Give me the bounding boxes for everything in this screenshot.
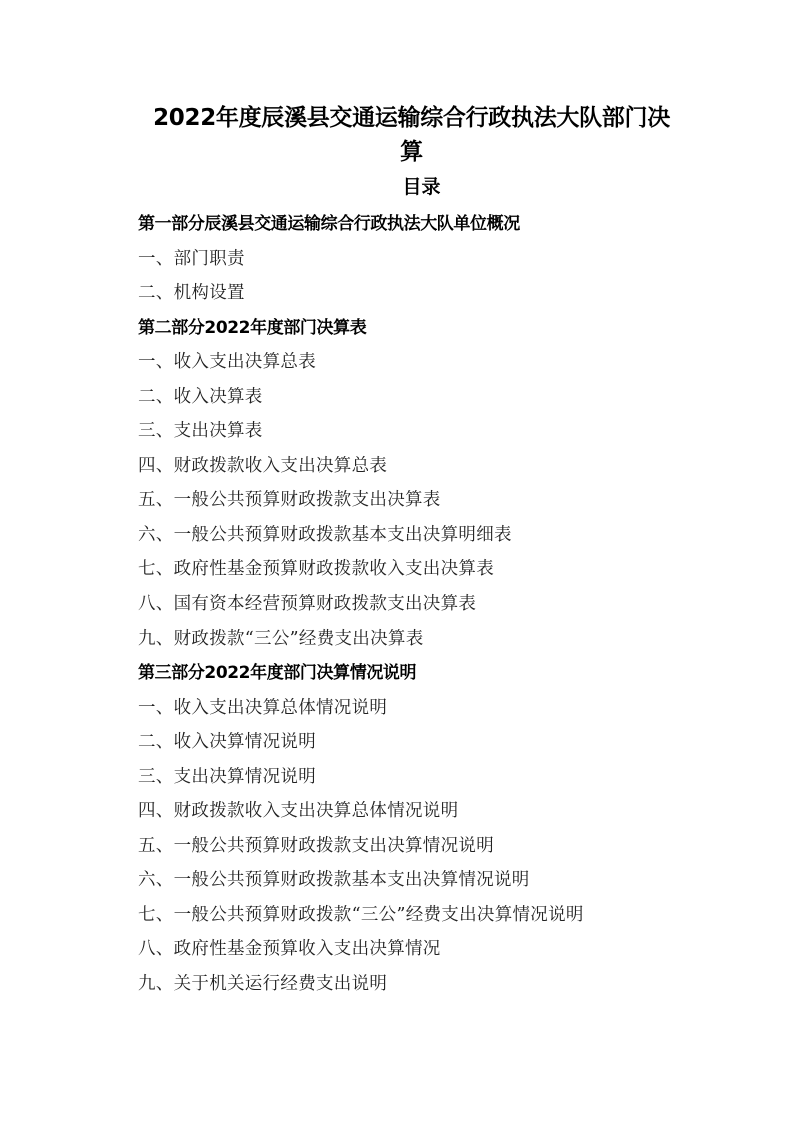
toc-part-1-heading[interactable]: 第一部分辰溪县交通运输综合行政执法大队单位概况 — [138, 207, 584, 242]
toc-entry[interactable]: 七、一般公共预算财政拨款“三公”经费支出决算情况说明 — [138, 898, 584, 933]
toc-entry[interactable]: 二、收入决算表 — [138, 380, 584, 415]
document-title: 2022年度辰溪县交通运输综合行政执法大队部门决 算 — [140, 101, 683, 169]
toc-entry[interactable]: 一、部门职责 — [138, 242, 584, 277]
toc-entry[interactable]: 九、关于机关运行经费支出说明 — [138, 967, 584, 1002]
toc-entry[interactable]: 二、收入决算情况说明 — [138, 725, 584, 760]
table-of-contents: 第一部分辰溪县交通运输综合行政执法大队单位概况 一、部门职责 二、机构设置 第二… — [138, 207, 584, 1002]
toc-entry[interactable]: 二、机构设置 — [138, 276, 584, 311]
toc-entry[interactable]: 六、一般公共预算财政拨款基本支出决算情况说明 — [138, 863, 584, 898]
toc-part-2-heading[interactable]: 第二部分2022年度部门决算表 — [138, 311, 584, 346]
toc-entry[interactable]: 一、收入支出决算总表 — [138, 345, 584, 380]
toc-entry[interactable]: 五、一般公共预算财政拨款支出决算情况说明 — [138, 829, 584, 864]
toc-entry[interactable]: 六、一般公共预算财政拨款基本支出决算明细表 — [138, 518, 584, 553]
document-title-line-1: 2022年度辰溪县交通运输综合行政执法大队部门决 — [153, 105, 670, 131]
document-title-line-2: 算 — [400, 139, 423, 165]
toc-entry[interactable]: 四、财政拨款收入支出决算总表 — [138, 449, 584, 484]
toc-entry[interactable]: 八、政府性基金预算收入支出决算情况 — [138, 932, 584, 967]
toc-part-3-heading[interactable]: 第三部分2022年度部门决算情况说明 — [138, 656, 584, 691]
toc-entry[interactable]: 四、财政拨款收入支出决算总体情况说明 — [138, 794, 584, 829]
toc-entry[interactable]: 一、收入支出决算总体情况说明 — [138, 691, 584, 726]
toc-heading: 目录 — [0, 172, 793, 202]
toc-entry[interactable]: 九、财政拨款“三公”经费支出决算表 — [138, 622, 584, 657]
toc-entry[interactable]: 七、政府性基金预算财政拨款收入支出决算表 — [138, 552, 584, 587]
toc-entry[interactable]: 八、国有资本经营预算财政拨款支出决算表 — [138, 587, 584, 622]
document-page: 2022年度辰溪县交通运输综合行政执法大队部门决 算 目录 第一部分辰溪县交通运… — [0, 0, 793, 1122]
toc-entry[interactable]: 三、支出决算表 — [138, 414, 584, 449]
toc-entry[interactable]: 五、一般公共预算财政拨款支出决算表 — [138, 483, 584, 518]
toc-entry[interactable]: 三、支出决算情况说明 — [138, 760, 584, 795]
